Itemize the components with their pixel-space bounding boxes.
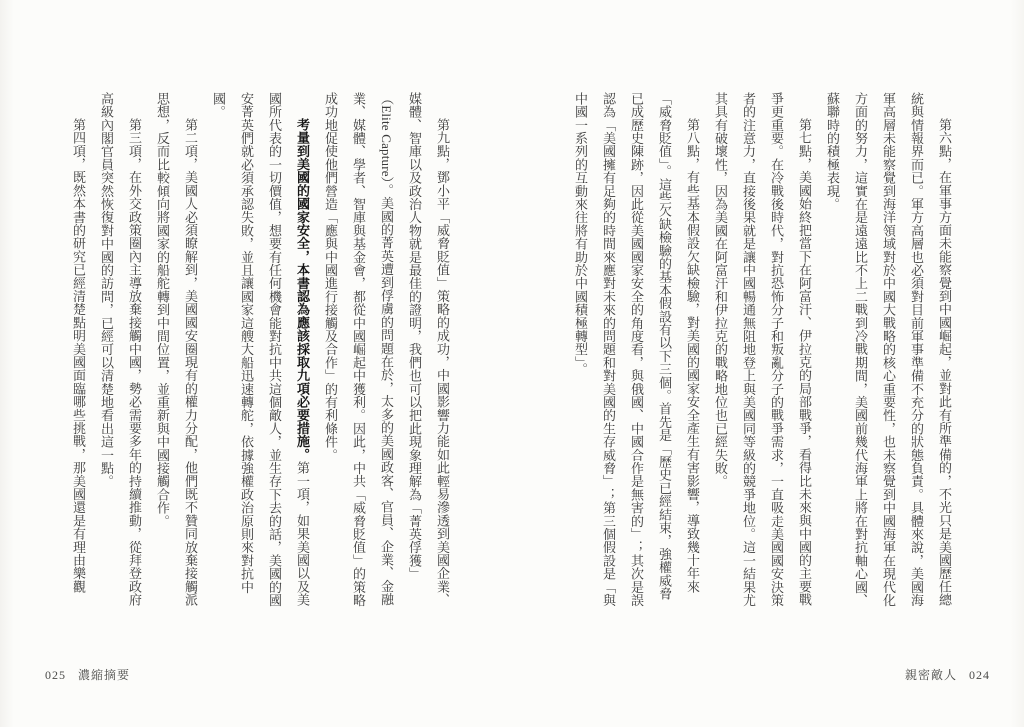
left-page-footer: 025濃縮摘要 bbox=[45, 666, 130, 683]
paragraph-segment: 第九點，鄧小平「威脅貶值」策略的成功，中國影響力能如此輕易滲透到美國企業、媒體、… bbox=[323, 92, 450, 607]
paragraph-segment: 第八點，有些基本假設欠缺檢驗，對美國的國家安全產生有害影響，導致幾十年來「威脅貶… bbox=[573, 92, 700, 607]
left-page-body-text: 第九點，鄧小平「威脅貶值」策略的成功，中國影響力能如此輕易滲透到美國企業、媒體、… bbox=[64, 92, 456, 607]
paragraph-segment: 第四項，既然本書的研究已經清楚點明美國面臨哪些挑戰，那美國還是有理由樂觀 bbox=[71, 118, 86, 593]
paragraph-segment: 第三項，在外交政策圈內主導放棄接觸中國，勢必需要多年的持續推動，從拜登政府高級內… bbox=[99, 92, 142, 606]
right-page-footer: 親密敵人024 bbox=[905, 666, 990, 683]
paragraph-bold-segment: 考量到美國的國家安全，本書認為應該採取九項必要措施。 bbox=[295, 118, 310, 461]
book-title: 親密敵人 bbox=[905, 668, 957, 682]
paragraph: 第八點，有些基本假設欠缺檢驗，對美國的國家安全產生有害影響，導致幾十年來「威脅貶… bbox=[566, 92, 706, 607]
paragraph: 第六點，在軍事方面未能察覺到中國崛起，並對此有所準備的，不光只是美國歷任總統與情… bbox=[818, 92, 958, 607]
page-number-right: 024 bbox=[969, 668, 990, 682]
right-page-body-text: 第六點，在軍事方面未能察覺到中國崛起，並對此有所準備的，不光只是美國歷任總統與情… bbox=[566, 92, 958, 607]
paragraph-segment: 第六點，在軍事方面未能察覺到中國崛起，並對此有所準備的，不光只是美國歷任總統與情… bbox=[825, 92, 952, 607]
paragraph: 第四項，既然本書的研究已經清楚點明美國面臨哪些挑戰，那美國還是有理由樂觀 bbox=[64, 92, 92, 607]
paragraph-segment: 第七點，美國始終把當下在阿富汗、伊拉克的局部戰爭，看得比未來與中國的主要戰爭更重… bbox=[713, 92, 812, 607]
paragraph: 考量到美國的國家安全，本書認為應該採取九項必要措施。第一項，如果美國以及美國所代… bbox=[204, 92, 316, 607]
paragraph: 第三項，在外交政策圈內主導放棄接觸中國，勢必需要多年的持續推動，從拜登政府高級內… bbox=[92, 92, 148, 607]
book-spread-scan: 第六點，在軍事方面未能察覺到中國崛起，並對此有所準備的，不光只是美國歷任總統與情… bbox=[0, 0, 1024, 727]
paragraph-segment: 第二項，美國人必須瞭解到，美國國安圈現有的權力分配，他們既不贊同放棄接觸派思想，… bbox=[155, 92, 198, 606]
section-title: 濃縮摘要 bbox=[78, 668, 130, 682]
paragraph: 第九點，鄧小平「威脅貶值」策略的成功，中國影響力能如此輕易滲透到美國企業、媒體、… bbox=[316, 92, 456, 607]
page-number-left: 025 bbox=[45, 668, 66, 682]
paragraph: 第七點，美國始終把當下在阿富汗、伊拉克的局部戰爭，看得比未來與中國的主要戰爭更重… bbox=[706, 92, 818, 607]
paragraph: 第二項，美國人必須瞭解到，美國國安圈現有的權力分配，他們既不贊同放棄接觸派思想，… bbox=[148, 92, 204, 607]
